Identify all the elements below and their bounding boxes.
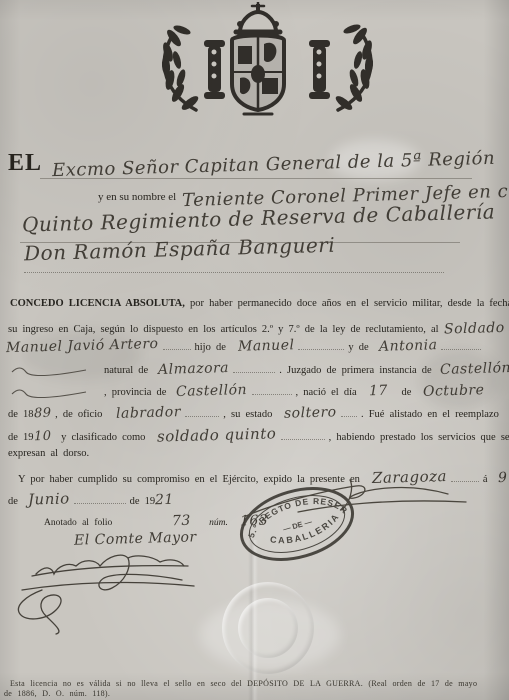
clasificado-label: y clasificado como [61, 432, 145, 443]
issue-date-row: de Junio de 1921 [8, 490, 174, 509]
royal-crest [148, 2, 386, 120]
paper-stain [420, 350, 500, 410]
regiment-line: Quinto Regimiento de Reserva de Caballer… [22, 206, 495, 230]
grant-text-2: su ingreso en Caja, según lo dispuesto e… [8, 324, 439, 335]
dry-seal-inner [238, 598, 298, 658]
commander-signature [12, 546, 242, 636]
alistado-label: . Fué alistado en el reemplazo [361, 409, 499, 420]
birth-month-handwriting: Octubre [423, 382, 485, 400]
registry-row: Anotado al folio 73 núm. 163 [44, 512, 268, 530]
dorso-label: expresan al dorso. [8, 448, 89, 459]
a-label: á [483, 474, 488, 485]
el-prefix: EL [8, 150, 42, 176]
natural-label: natural de [104, 365, 148, 376]
father-handwriting: Manuel [238, 337, 295, 355]
provincia-handwriting: Castellón [176, 382, 247, 400]
fineprint-line-2: de 1886, D. O. núm. 118). [4, 689, 110, 698]
oficio-label: , de oficio [55, 409, 102, 420]
juzgado-handwriting: Castellón [439, 360, 509, 378]
issue-month-handwriting: Junio [28, 489, 70, 508]
signature-scrawl-icon [238, 472, 478, 532]
nacio-label: , nació el día [296, 387, 357, 398]
oficio-handwriting: labrador [116, 404, 181, 422]
de-label: de [401, 387, 411, 398]
de18-label: de 18 [8, 409, 34, 420]
folio-handwriting: 73 [172, 513, 191, 530]
natural-row: natural de Almazora . Juzgado de primera… [8, 360, 509, 378]
rank-handwriting: Soldado de 2ª [444, 318, 509, 337]
soldier-name-row: Manuel Javió Artero hijo de Manuel y de … [6, 337, 481, 355]
fineprint-text-2: de 1886, D. O. núm. 118). [4, 689, 110, 698]
reemplazo-row: de 1910 y clasificado como soldado quint… [8, 426, 509, 445]
fineprint-text-1: Esta licencia no es válida si no lleva e… [10, 679, 477, 688]
en-nombre-label: y en su nombre el [98, 191, 176, 203]
colonel-signature [238, 472, 478, 532]
issue-year-handwriting: 21 [155, 492, 174, 509]
anotado-label: Anotado al folio [44, 518, 112, 528]
dorso-line: expresan al dorso. [8, 448, 89, 459]
grant-text-1: por haber permanecido doce años en el se… [190, 298, 509, 309]
commander-line: Don Ramón España Bangueri [24, 237, 335, 261]
grant-line-2: su ingreso en Caja, según lo dispuesto e… [8, 320, 509, 336]
provincia-label: , provincia de [104, 387, 166, 398]
clasificacion-handwriting: soldado quinto [157, 424, 277, 445]
hijo-de-label: hijo de [195, 342, 226, 353]
issue-de19-label: de 19 [130, 496, 156, 507]
mother-handwriting: Antonia [378, 337, 437, 355]
concedo-heading: CONCEDO LICENCIA ABSOLUTA, [10, 298, 185, 309]
habiendo-label: , habiendo prestado los servicios que se [329, 432, 509, 443]
birth-day-handwriting: 17 [368, 383, 387, 400]
commander-handwriting: Don Ramón España Bangueri [24, 233, 336, 266]
blank-flourish-icon [8, 362, 92, 376]
soldier-name-handwriting: Manuel Javió Artero [6, 336, 159, 356]
blank-flourish-icon [8, 384, 92, 398]
estado-label: , su estado [223, 409, 272, 420]
y-de-label: y de [348, 342, 368, 353]
birthplace-handwriting: Almazora [158, 360, 229, 378]
oficio-row: de 1889 , de oficio labrador , su estado… [8, 404, 499, 422]
reemplazo-year-handwriting: 10 [33, 429, 51, 444]
juzgado-label: . Juzgado de primera instancia de [279, 365, 431, 376]
coat-of-arms-icon [148, 2, 386, 120]
crown-icon [236, 2, 280, 36]
de19-label: de 19 [8, 432, 34, 443]
signature-scrawl-icon [12, 546, 242, 636]
provincia-row: , provincia de Castellón , nació el día … [8, 382, 485, 400]
estado-handwriting: soltero [284, 404, 337, 421]
num-handwriting: 163 [240, 513, 269, 530]
num-label: núm. [209, 518, 228, 528]
grant-line-1: CONCEDO LICENCIA ABSOLUTA, por haber per… [10, 298, 509, 309]
issue-day-handwriting: 9 [497, 470, 507, 486]
blank-line [40, 168, 472, 179]
birth-year-handwriting: 89 [33, 406, 51, 421]
licencia-absoluta-document: EL Excmo Señor Capitan General de la 5ª … [0, 0, 509, 700]
issue-de-label: de [8, 496, 18, 507]
blank-line [24, 262, 444, 273]
fineprint-line-1: Esta licencia no es válida si no lleva e… [10, 679, 477, 688]
